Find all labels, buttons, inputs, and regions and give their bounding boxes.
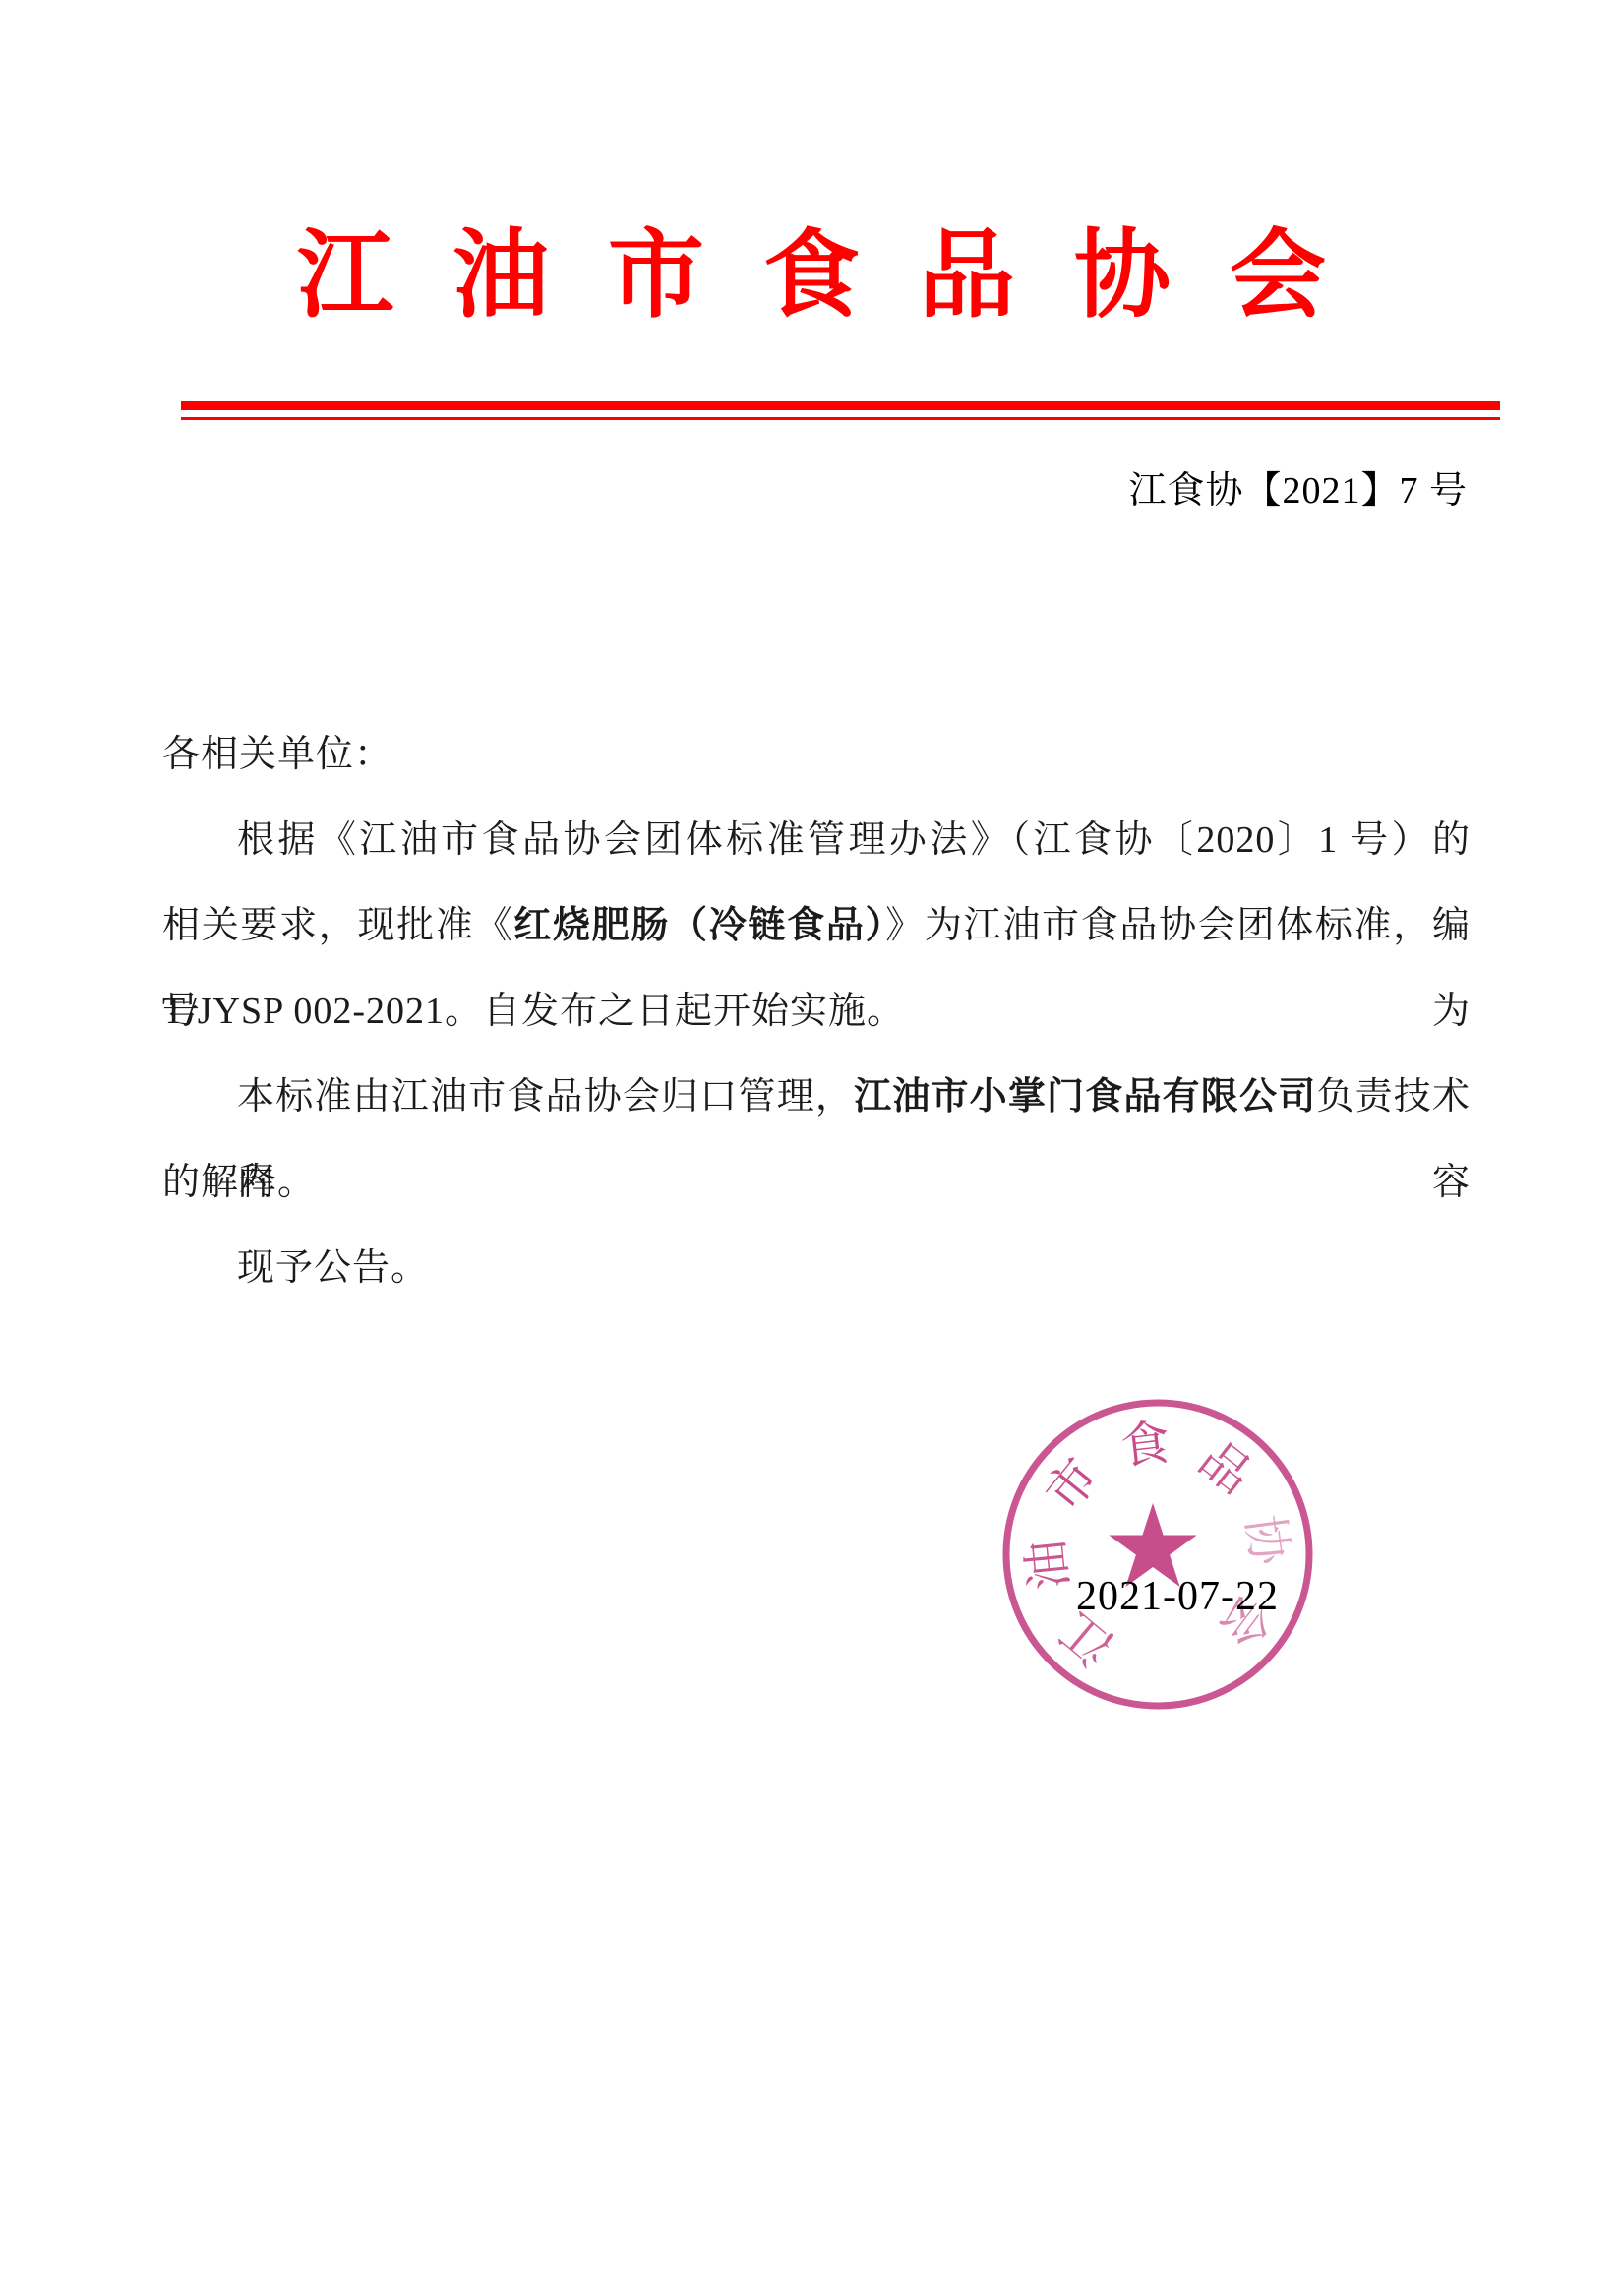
red-rule-thin	[181, 417, 1500, 420]
seal-arc-char: 品	[1189, 1430, 1262, 1504]
body-line: 相关要求，现批准《红烧肥肠（冷链食品）》为江油市食品协会团体标准，编号为	[162, 883, 1471, 969]
body-line: 各相关单位：	[162, 712, 1471, 798]
seal-arc-char: 食	[1117, 1415, 1172, 1475]
letter-body: 各相关单位：根据《江油市食品协会团体标准管理办法》（江食协〔2020〕1 号）的…	[162, 712, 1471, 1311]
body-text: 各相关单位：	[162, 734, 392, 775]
red-rule-thick	[181, 401, 1500, 410]
document-page: 江油市食品协会 江食协【2021】7 号 各相关单位：根据《江油市食品协会团体标…	[0, 0, 1623, 2296]
body-text: 相关要求，现批准《	[162, 905, 513, 946]
body-text-bold: 江油市小掌门食品有限公司	[854, 1076, 1316, 1118]
doc-number: 江食协【2021】7 号	[1128, 471, 1468, 513]
body-text: T/JYSP 002-2021。自发布之日起开始实施。	[162, 991, 905, 1032]
body-line: 本标准由江油市食品协会归口管理，江油市小掌门食品有限公司负责技术内容	[162, 1055, 1471, 1140]
body-text: 的解释。	[162, 1162, 316, 1203]
body-line: 根据《江油市食品协会团体标准管理办法》（江食协〔2020〕1 号）的	[162, 798, 1471, 883]
body-text: 根据《江油市食品协会团体标准管理办法》（江食协〔2020〕1 号）的	[237, 819, 1471, 861]
seal-arc-char: 油	[1018, 1538, 1078, 1592]
body-text: 现予公告。	[237, 1247, 429, 1289]
stamp-date: 2021-07-22	[1076, 1576, 1279, 1617]
body-text: 本标准由江油市食品协会归口管理，	[237, 1076, 854, 1118]
seal-arc-char: 市	[1036, 1448, 1110, 1521]
org-title: 江油市食品协会	[0, 226, 1623, 328]
seal-arc-char: 协	[1236, 1512, 1297, 1570]
official-seal: 江油市食品协会	[995, 1392, 1320, 1717]
body-text-bold: 红烧肥肠（冷链食品）	[513, 905, 885, 946]
body-line: 现予公告。	[162, 1226, 1471, 1311]
